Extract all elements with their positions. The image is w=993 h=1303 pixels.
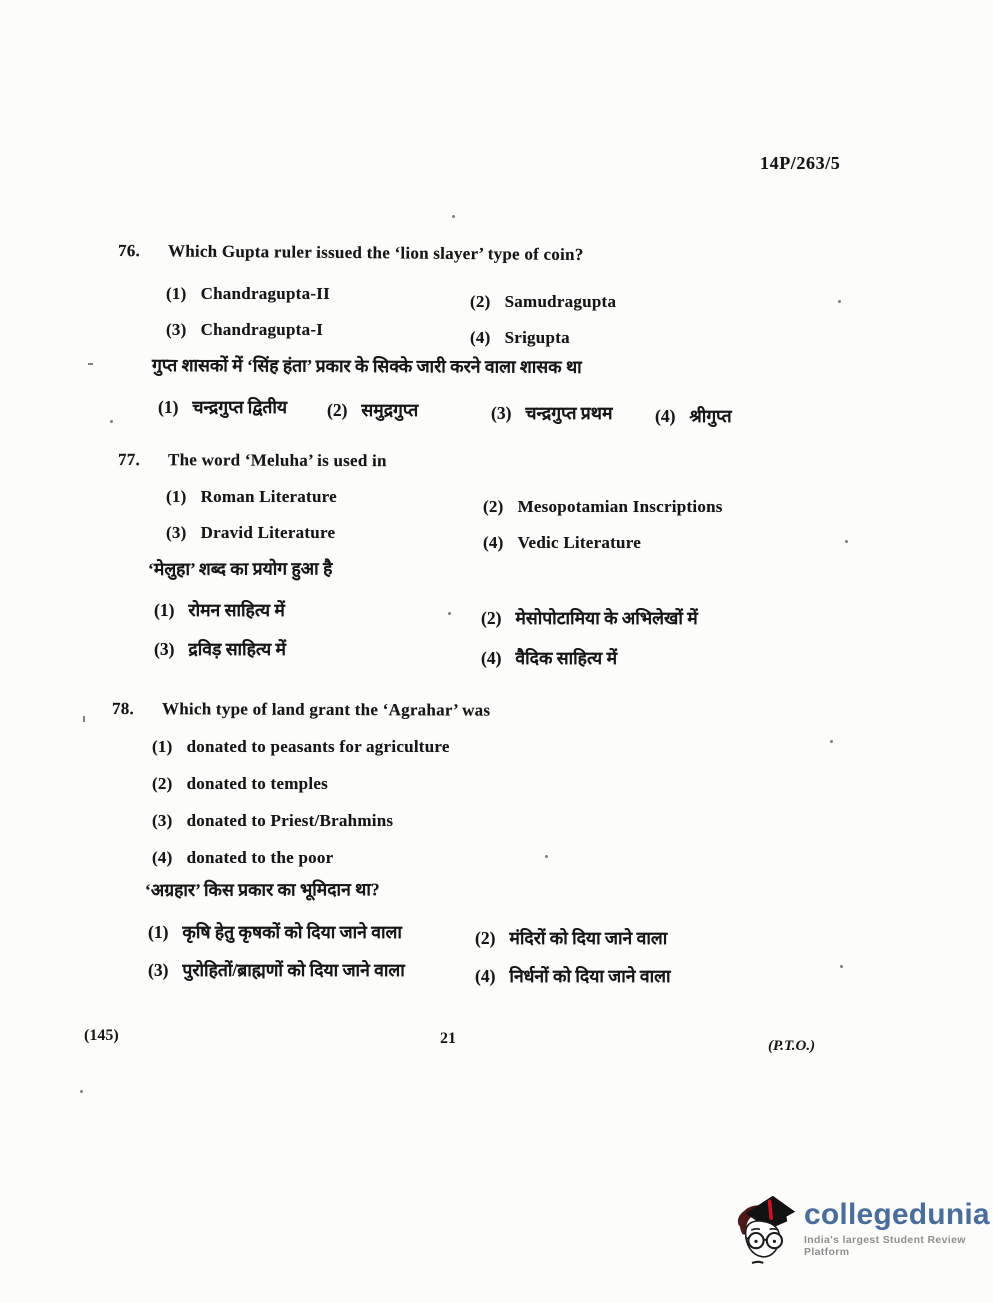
option-text: चन्द्रगुप्त प्रथम	[525, 403, 612, 423]
question-76-text-en: Which Gupta ruler issued the ‘lion slaye…	[168, 241, 584, 264]
option-text: Roman Literature	[201, 487, 337, 506]
q77-option-hi-3: (3)द्रविड़ साहित्य में	[154, 637, 286, 661]
q76-option-hi-1: (1)चन्द्रगुप्त द्वितीय	[158, 395, 287, 419]
brand-tagline: India's largest Student Review Platform	[804, 1234, 993, 1258]
option-label: (1)	[154, 600, 174, 621]
brand-name: collegedunia	[804, 1200, 990, 1230]
question-76-number: 76.	[118, 241, 140, 261]
option-label: (1)	[158, 397, 178, 418]
option-label: (2)	[475, 928, 495, 949]
option-label: (2)	[152, 774, 173, 794]
scan-speck	[83, 716, 85, 722]
q77-option-hi-2: (2)मेसोपोटामिया के अभिलेखों में	[481, 606, 698, 630]
question-77-number: 77.	[118, 450, 140, 470]
option-text: Chandragupta-II	[201, 284, 330, 303]
q76-option-hi-4: (4)श्रीगुप्त	[655, 404, 732, 428]
option-text: donated to peasants for agriculture	[187, 737, 450, 756]
paper-code: 14P/263/5	[760, 153, 840, 174]
option-label: (2)	[481, 608, 501, 629]
option-text: रोमन साहित्य में	[188, 600, 285, 620]
q78-option-hi-2: (2)मंदिरों को दिया जाने वाला	[475, 926, 667, 950]
question-78-title: 78.Which type of land grant the ‘Agrahar…	[112, 699, 490, 721]
pto-note: (P.T.O.)	[768, 1038, 815, 1055]
option-text: Chandragupta-I	[201, 320, 324, 339]
q78-option-en-3: (3)donated to Priest/Brahmins	[152, 811, 393, 831]
q76-option-en-4: (4)Srigupta	[470, 328, 570, 348]
q76-option-hi-3: (3)चन्द्रगुप्त प्रथम	[491, 401, 612, 425]
collegedunia-watermark: collegedunia .com India's largest Studen…	[728, 1188, 980, 1270]
option-text: Samudragupta	[505, 292, 617, 311]
option-text: Srigupta	[505, 328, 570, 347]
scan-speck	[88, 363, 93, 365]
q77-option-en-4: (4)Vedic Literature	[483, 533, 641, 553]
question-78-text-hi: ‘अग्रहार’ किस प्रकार का भूमिदान था?	[145, 877, 380, 902]
scan-speck	[830, 740, 833, 743]
option-label: (1)	[148, 922, 168, 943]
page-number: 21	[440, 1030, 456, 1048]
question-77-text-en: The word ‘Meluha’ is used in	[168, 450, 387, 470]
option-text: द्रविड़ साहित्य में	[188, 639, 286, 659]
option-text: Mesopotamian Inscriptions	[518, 497, 723, 516]
q77-option-en-1: (1)Roman Literature	[166, 487, 337, 507]
collegedunia-logo-text: collegedunia .com India's largest Studen…	[804, 1200, 993, 1258]
option-label: (4)	[152, 848, 173, 868]
option-text: donated to temples	[187, 774, 328, 793]
option-text: पुरोहितों/ब्राह्मणों को दिया जाने वाला	[182, 960, 404, 980]
q76-option-en-3: (3)Chandragupta-I	[166, 320, 323, 340]
option-text: श्रीगुप्त	[689, 406, 731, 426]
q78-option-hi-4: (4)निर्धनों को दिया जाने वाला	[475, 964, 671, 988]
option-label: (4)	[475, 966, 495, 987]
scan-speck	[838, 300, 841, 303]
scan-speck	[110, 420, 113, 423]
question-76-text-hi: गुप्त शासकों में ‘सिंह हंता’ प्रकार के स…	[152, 353, 582, 379]
q78-option-en-1: (1)donated to peasants for agriculture	[152, 737, 450, 757]
question-77-text-hi: ‘मेलुहा’ शब्द का प्रयोग हुआ है	[148, 556, 332, 581]
option-text: कृषि हेतु कृषकों को दिया जाने वाला	[182, 922, 402, 942]
option-label: (4)	[655, 406, 675, 427]
option-text: निर्धनों को दिया जाने वाला	[509, 966, 670, 986]
q78-option-hi-1: (1)कृषि हेतु कृषकों को दिया जाने वाला	[148, 920, 402, 944]
scan-speck	[840, 965, 843, 968]
exam-paper-page: 14P/263/5 76.Which Gupta ruler issued th…	[0, 0, 993, 1303]
scan-speck	[80, 1090, 83, 1093]
scan-speck	[545, 855, 548, 858]
option-label: (1)	[166, 284, 187, 304]
question-77-title: 77.The word ‘Meluha’ is used in	[118, 450, 387, 471]
option-text: चन्द्रगुप्त द्वितीय	[192, 397, 287, 417]
question-76-title: 76.Which Gupta ruler issued the ‘lion sl…	[118, 241, 584, 265]
question-78-text-en: Which type of land grant the ‘Agrahar’ w…	[162, 699, 490, 719]
option-text: donated to the poor	[187, 848, 334, 867]
q78-option-en-4: (4)donated to the poor	[152, 848, 333, 868]
scan-speck	[452, 215, 455, 218]
option-label: (3)	[166, 320, 187, 340]
option-label: (4)	[470, 328, 491, 348]
q76-option-hi-2: (2)समुद्रगुप्त	[327, 398, 418, 422]
collegedunia-mascot-icon	[728, 1191, 800, 1267]
option-text: Vedic Literature	[518, 533, 641, 552]
option-label: (4)	[481, 648, 501, 669]
option-label: (2)	[483, 497, 504, 517]
q77-option-en-3: (3)Dravid Literature	[166, 523, 335, 543]
q77-option-en-2: (2)Mesopotamian Inscriptions	[483, 497, 723, 517]
option-text: मंदिरों को दिया जाने वाला	[509, 928, 667, 948]
option-label: (1)	[152, 737, 173, 757]
option-text: donated to Priest/Brahmins	[187, 811, 394, 830]
option-label: (2)	[470, 292, 491, 312]
q78-option-hi-3: (3)पुरोहितों/ब्राह्मणों को दिया जाने वाल…	[148, 958, 405, 982]
question-78-number: 78.	[112, 699, 134, 719]
option-label: (3)	[491, 403, 511, 424]
scan-speck	[448, 612, 451, 615]
q77-option-hi-1: (1)रोमन साहित्य में	[154, 598, 285, 622]
q76-option-en-2: (2)Samudragupta	[470, 292, 616, 312]
booklet-series: (145)	[84, 1027, 119, 1045]
option-label: (3)	[166, 523, 187, 543]
q78-option-en-2: (2)donated to temples	[152, 774, 328, 794]
option-text: समुद्रगुप्त	[361, 400, 418, 420]
option-label: (3)	[148, 960, 168, 981]
q77-option-hi-4: (4)वैदिक साहित्य में	[481, 646, 617, 670]
option-label: (3)	[152, 811, 173, 831]
option-text: Dravid Literature	[201, 523, 336, 542]
option-text: वैदिक साहित्य में	[515, 648, 617, 668]
option-label: (4)	[483, 533, 504, 553]
option-label: (1)	[166, 487, 187, 507]
option-text: मेसोपोटामिया के अभिलेखों में	[515, 608, 697, 628]
option-label: (3)	[154, 639, 174, 660]
option-label: (2)	[327, 400, 347, 421]
scan-speck	[845, 540, 848, 543]
q76-option-en-1: (1)Chandragupta-II	[166, 284, 330, 304]
